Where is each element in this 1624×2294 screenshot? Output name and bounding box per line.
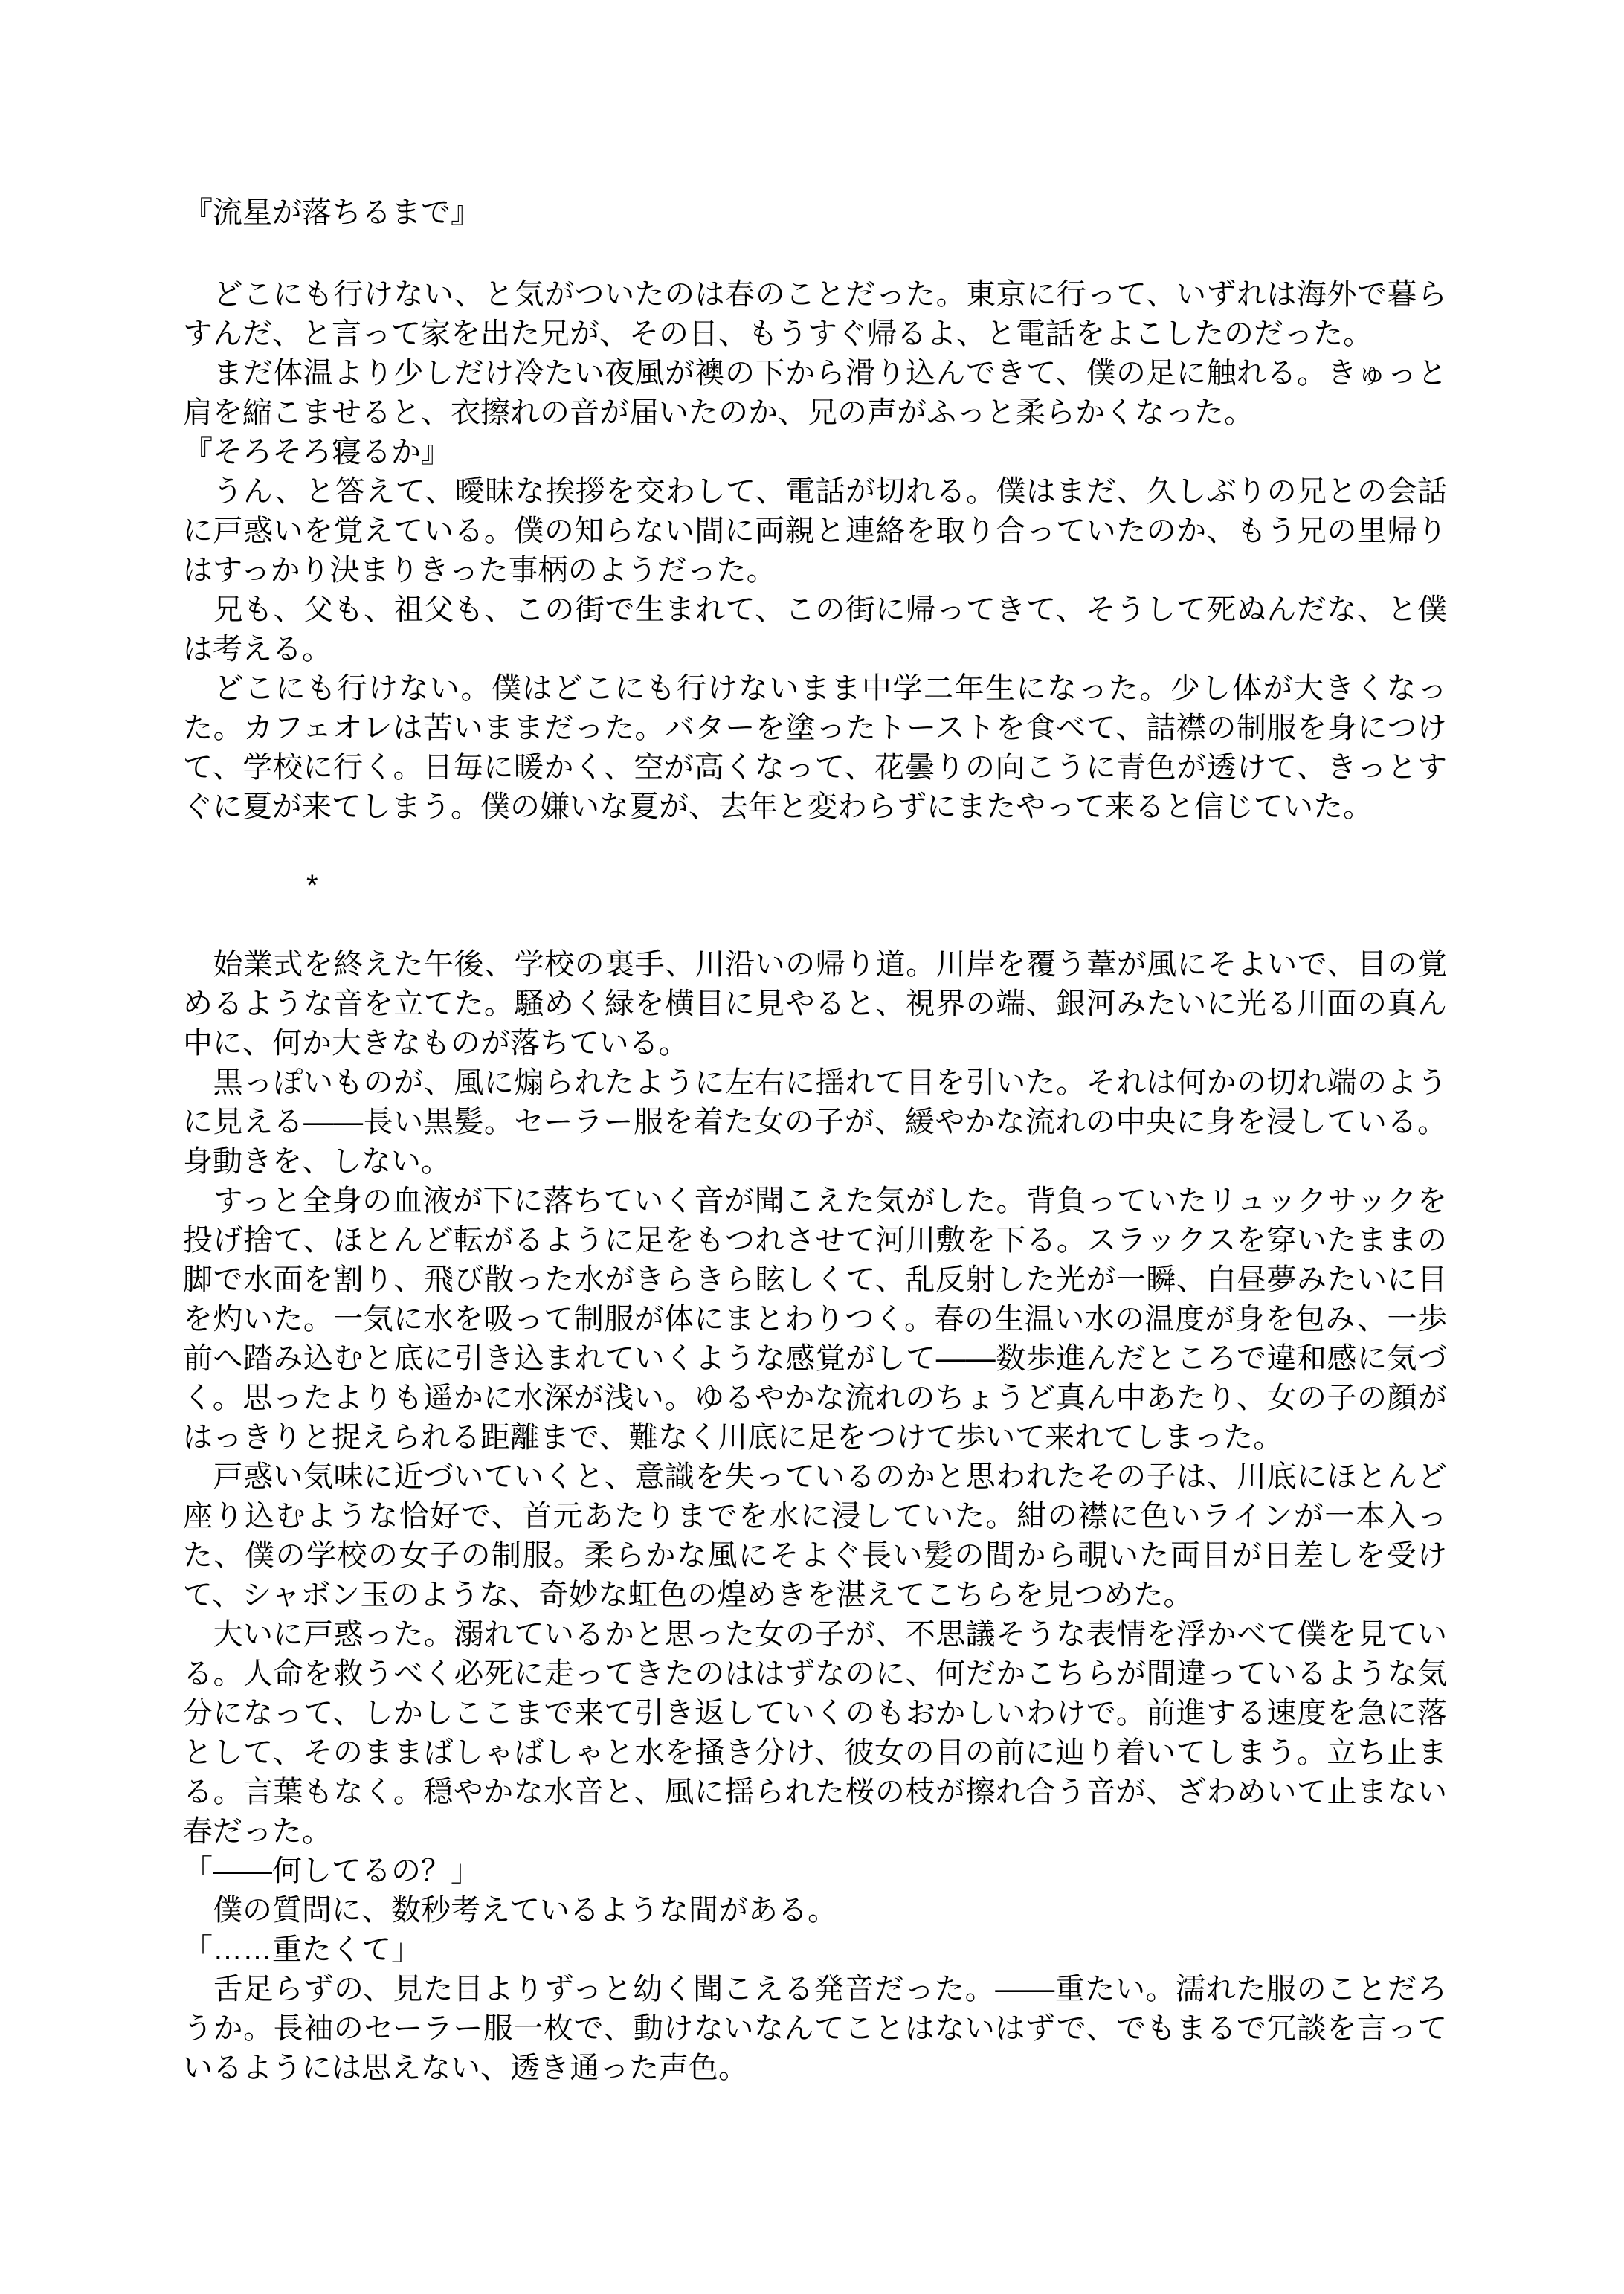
- document-page: 『流星が落ちるまで』 どこにも行けない、と気がついたのは春のことだった。東京に行…: [0, 0, 1624, 2294]
- story-paragraph: 大いに戸惑った。溺れているかと思った女の子が、不思議そうな表情を浮かべて僕を見て…: [183, 1615, 1447, 1852]
- dialogue-line: 『そろそろ寝るか』: [183, 433, 1447, 472]
- story-paragraph: まだ体温より少しだけ冷たい夜風が襖の下から滑り込んできて、僕の足に触れる。きゅっ…: [183, 354, 1447, 433]
- story-paragraph: 兄も、父も、祖父も、この街で生まれて、この街に帰ってきて、そうして死ぬんだな、と…: [183, 590, 1447, 669]
- story-paragraph: うん、と答えて、曖昧な挨拶を交わして、電話が切れる。僕はまだ、久しぶりの兄との会…: [183, 472, 1447, 590]
- story-paragraph: 黒っぽいものが、風に煽られたように左右に揺れて目を引いた。それは何かの切れ端のよ…: [183, 1063, 1447, 1182]
- section-separator: *: [183, 866, 1447, 906]
- story-paragraph: どこにも行けない、と気がついたのは春のことだった。東京に行って、いずれは海外で暮…: [183, 275, 1447, 354]
- story-paragraph: すっと全身の血液が下に落ちていく音が聞こえた気がした。背負っていたリュックサック…: [183, 1182, 1447, 1457]
- dialogue-line: 「……重たくて」: [183, 1930, 1447, 1970]
- story-paragraph: 僕の質問に、数秒考えているような間がある。: [183, 1891, 1447, 1930]
- story-paragraph: どこにも行けない。僕はどこにも行けないまま中学二年生になった。少し体が大きくなっ…: [183, 669, 1447, 827]
- dialogue-line: 「——何してるの？」: [183, 1852, 1447, 1891]
- story-title: 『流星が落ちるまで』: [183, 193, 1447, 233]
- story-paragraph: 始業式を終えた午後、学校の裏手、川沿いの帰り道。川岸を覆う葦が風にそよいで、目の…: [183, 945, 1447, 1063]
- story-paragraph: 戸惑い気味に近づいていくと、意識を失っているのかと思われたその子は、川底にほとん…: [183, 1457, 1447, 1615]
- story-paragraph: 舌足らずの、見た目よりずっと幼く聞こえる発音だった。——重たい。濡れた服のことだ…: [183, 1970, 1447, 2088]
